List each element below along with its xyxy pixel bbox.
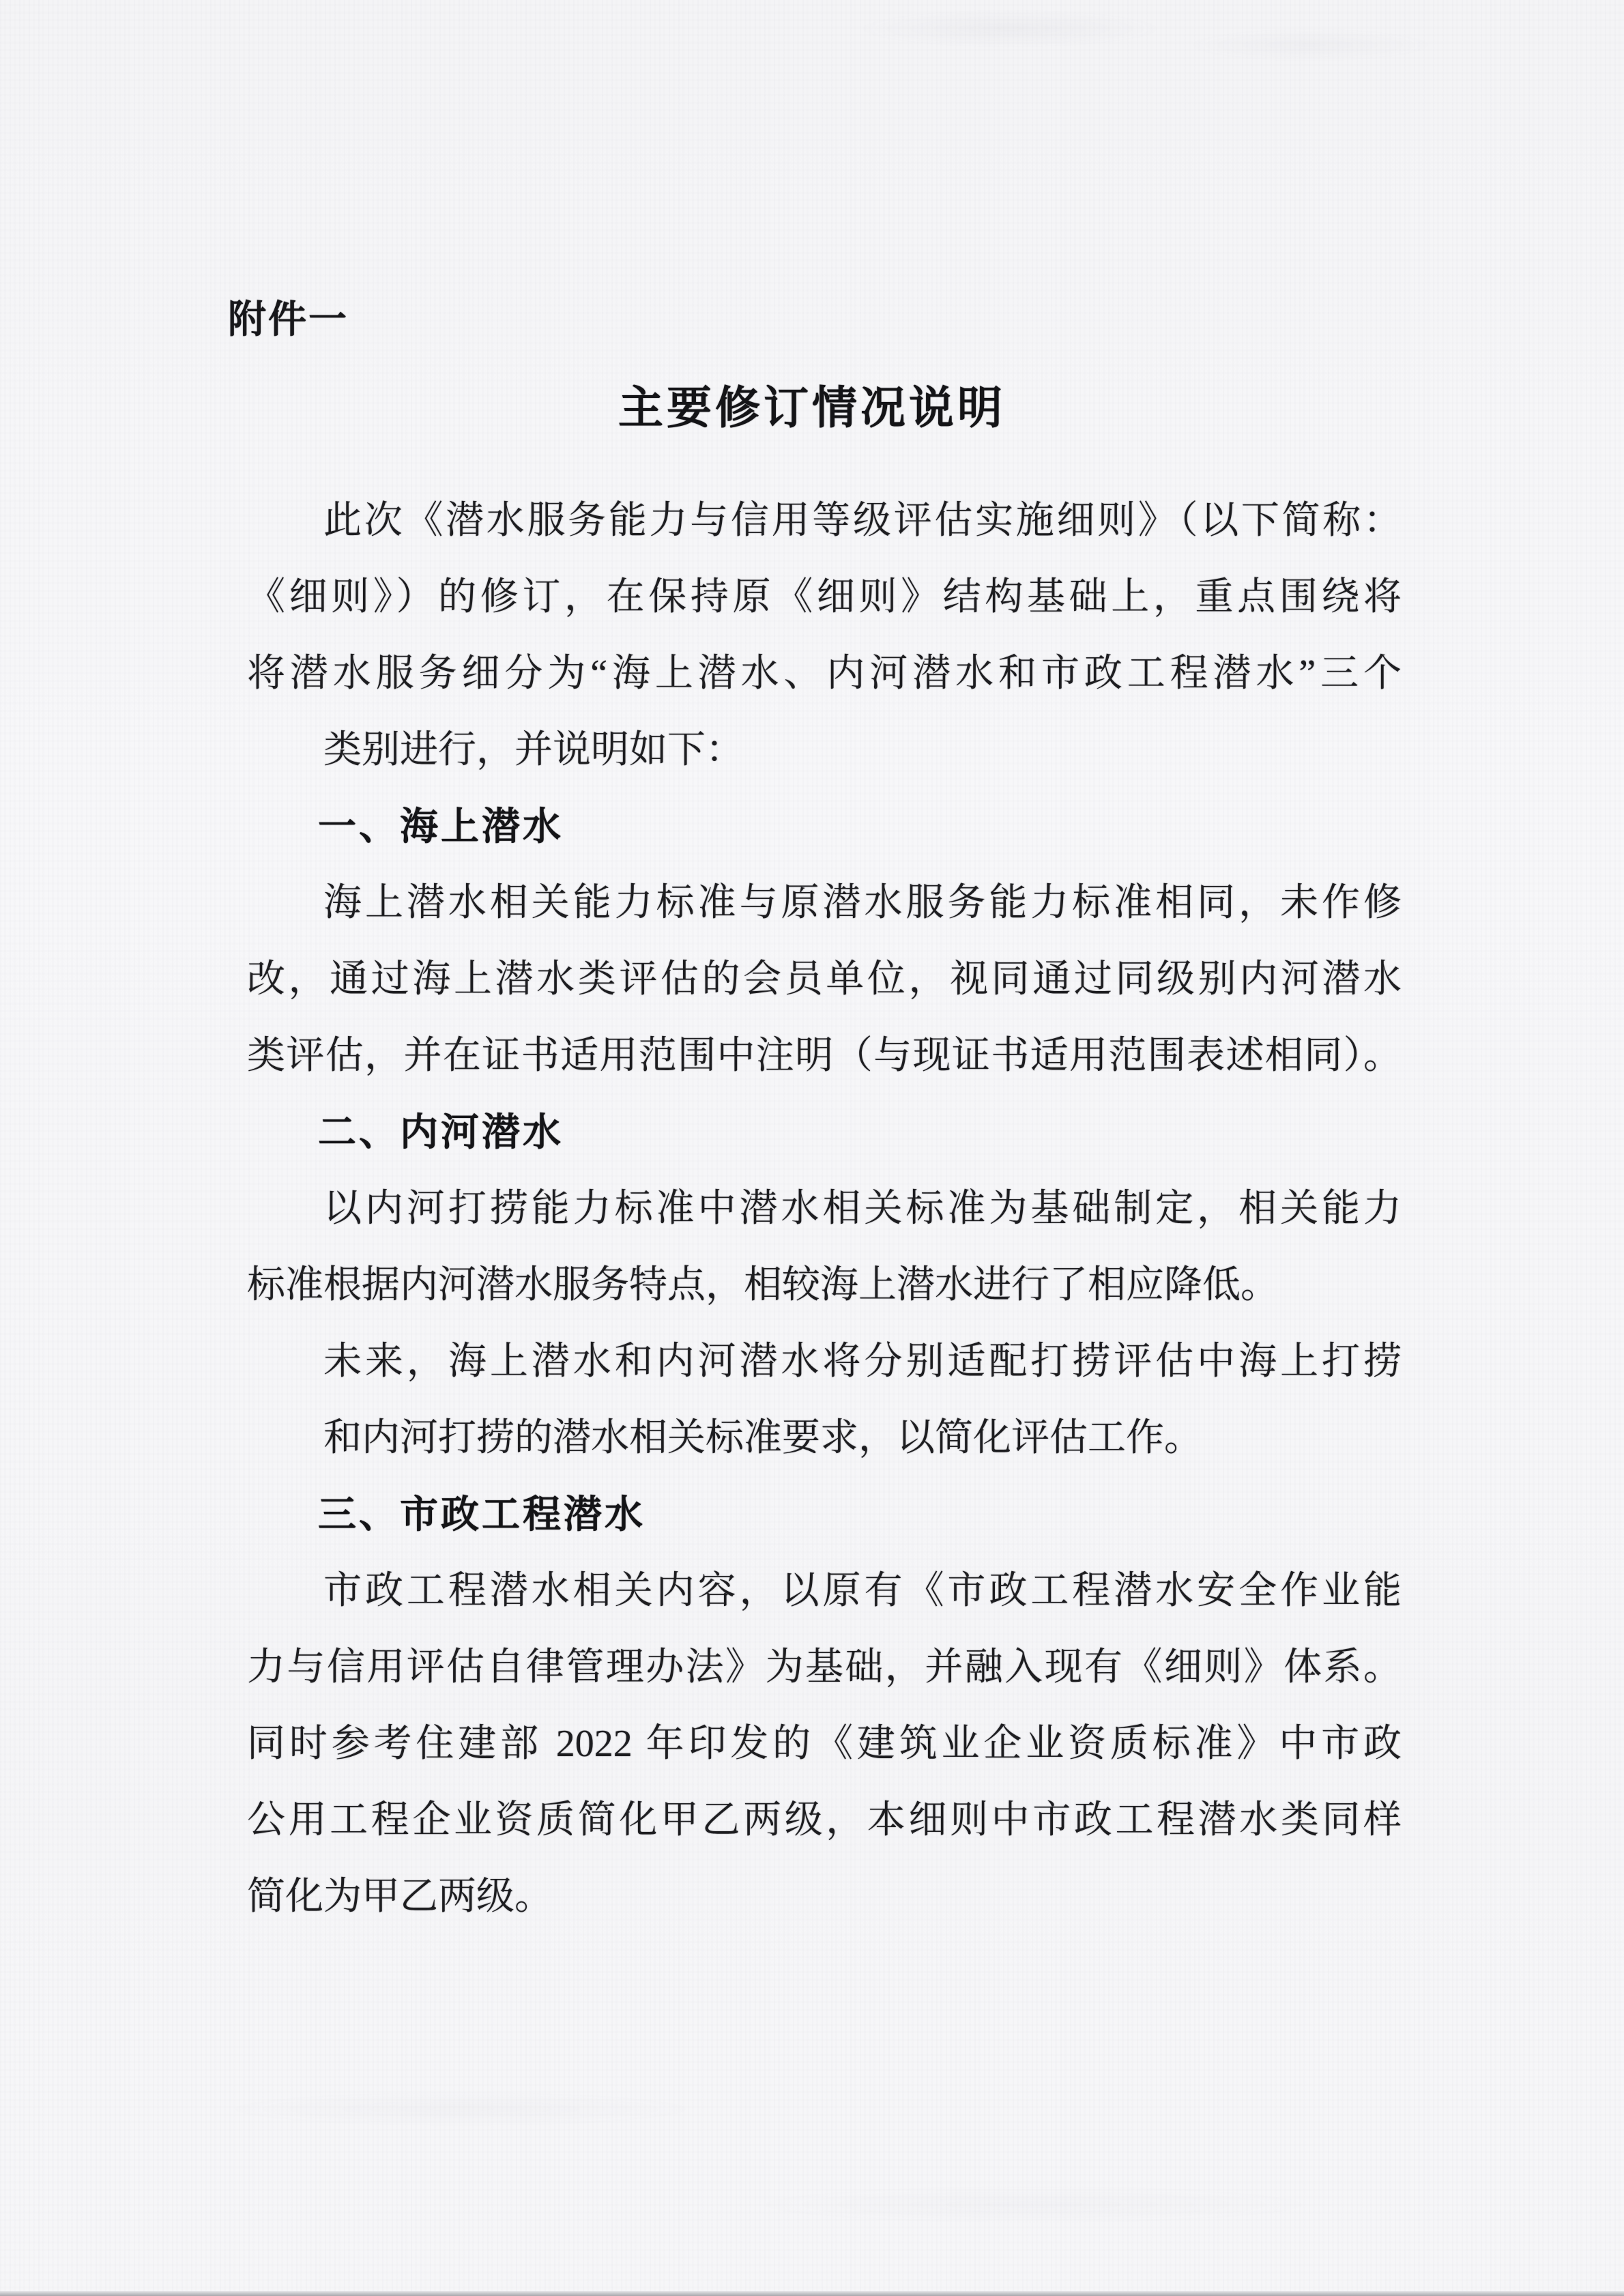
page-title: 主要修订情况说明 [0, 371, 1624, 436]
text-line: 力与信用评估自律管理办法》为基础，并融入现有《细则》体系。 [247, 1629, 1402, 1706]
section-heading: 三、市政工程潜水 [247, 1476, 1402, 1553]
scan-smudge-bottom [102, 2061, 1535, 2252]
text-line: 海上潜水相关能力标准与原潜水服务能力标准相同，未作修 [247, 865, 1402, 941]
text-line: 简化为甲乙两级。 [247, 1859, 1402, 1935]
text-line: 公用工程企业资质简化甲乙两级，本细则中市政工程潜水类同样 [247, 1782, 1402, 1859]
text-line: 市政工程潜水相关内容，以原有《市政工程潜水安全作业能 [247, 1553, 1402, 1629]
text-line: 和内河打捞的潜水相关标准要求，以简化评估工作。 [247, 1400, 1402, 1476]
section-heading: 一、海上潜水 [247, 788, 1402, 865]
text-line: 类别进行，并说明如下： [247, 712, 1402, 788]
text-line: 同时参考住建部 2022 年印发的《建筑业企业资质标准》中市政 [247, 1706, 1402, 1782]
text-line: 标准根据内河潜水服务特点，相较海上潜水进行了相应降低。 [247, 1247, 1402, 1323]
text-line: 类评估，并在证书适用范围中注明（与现证书适用范围表述相同）。 [247, 1018, 1402, 1094]
document-page: 附件一 主要修订情况说明 此次《潜水服务能力与信用等级评估实施细则》（以下简称：… [0, 0, 1624, 2296]
text-line: 未来，海上潜水和内河潜水将分别适配打捞评估中海上打捞 [247, 1323, 1402, 1400]
section-heading: 二、内河潜水 [247, 1094, 1402, 1171]
text-line: 此次《潜水服务能力与信用等级评估实施细则》（以下简称： [247, 483, 1402, 559]
document-body: 此次《潜水服务能力与信用等级评估实施细则》（以下简称： 《细则》）的修订，在保持… [247, 483, 1402, 1935]
text-line: 将潜水服务细分为“海上潜水、内河潜水和市政工程潜水”三个 [247, 635, 1402, 712]
scan-smudge-top [785, 0, 1535, 82]
text-line: 以内河打捞能力标准中潜水相关标准为基础制定，相关能力 [247, 1171, 1402, 1247]
attachment-label: 附件一 [228, 289, 349, 344]
text-line: 改，通过海上潜水类评估的会员单位，视同通过同级别内河潜水 [247, 941, 1402, 1018]
scanner-bottom-edge-line [0, 2291, 1624, 2296]
text-line: 《细则》）的修订，在保持原《细则》结构基础上，重点围绕将 [247, 559, 1402, 635]
